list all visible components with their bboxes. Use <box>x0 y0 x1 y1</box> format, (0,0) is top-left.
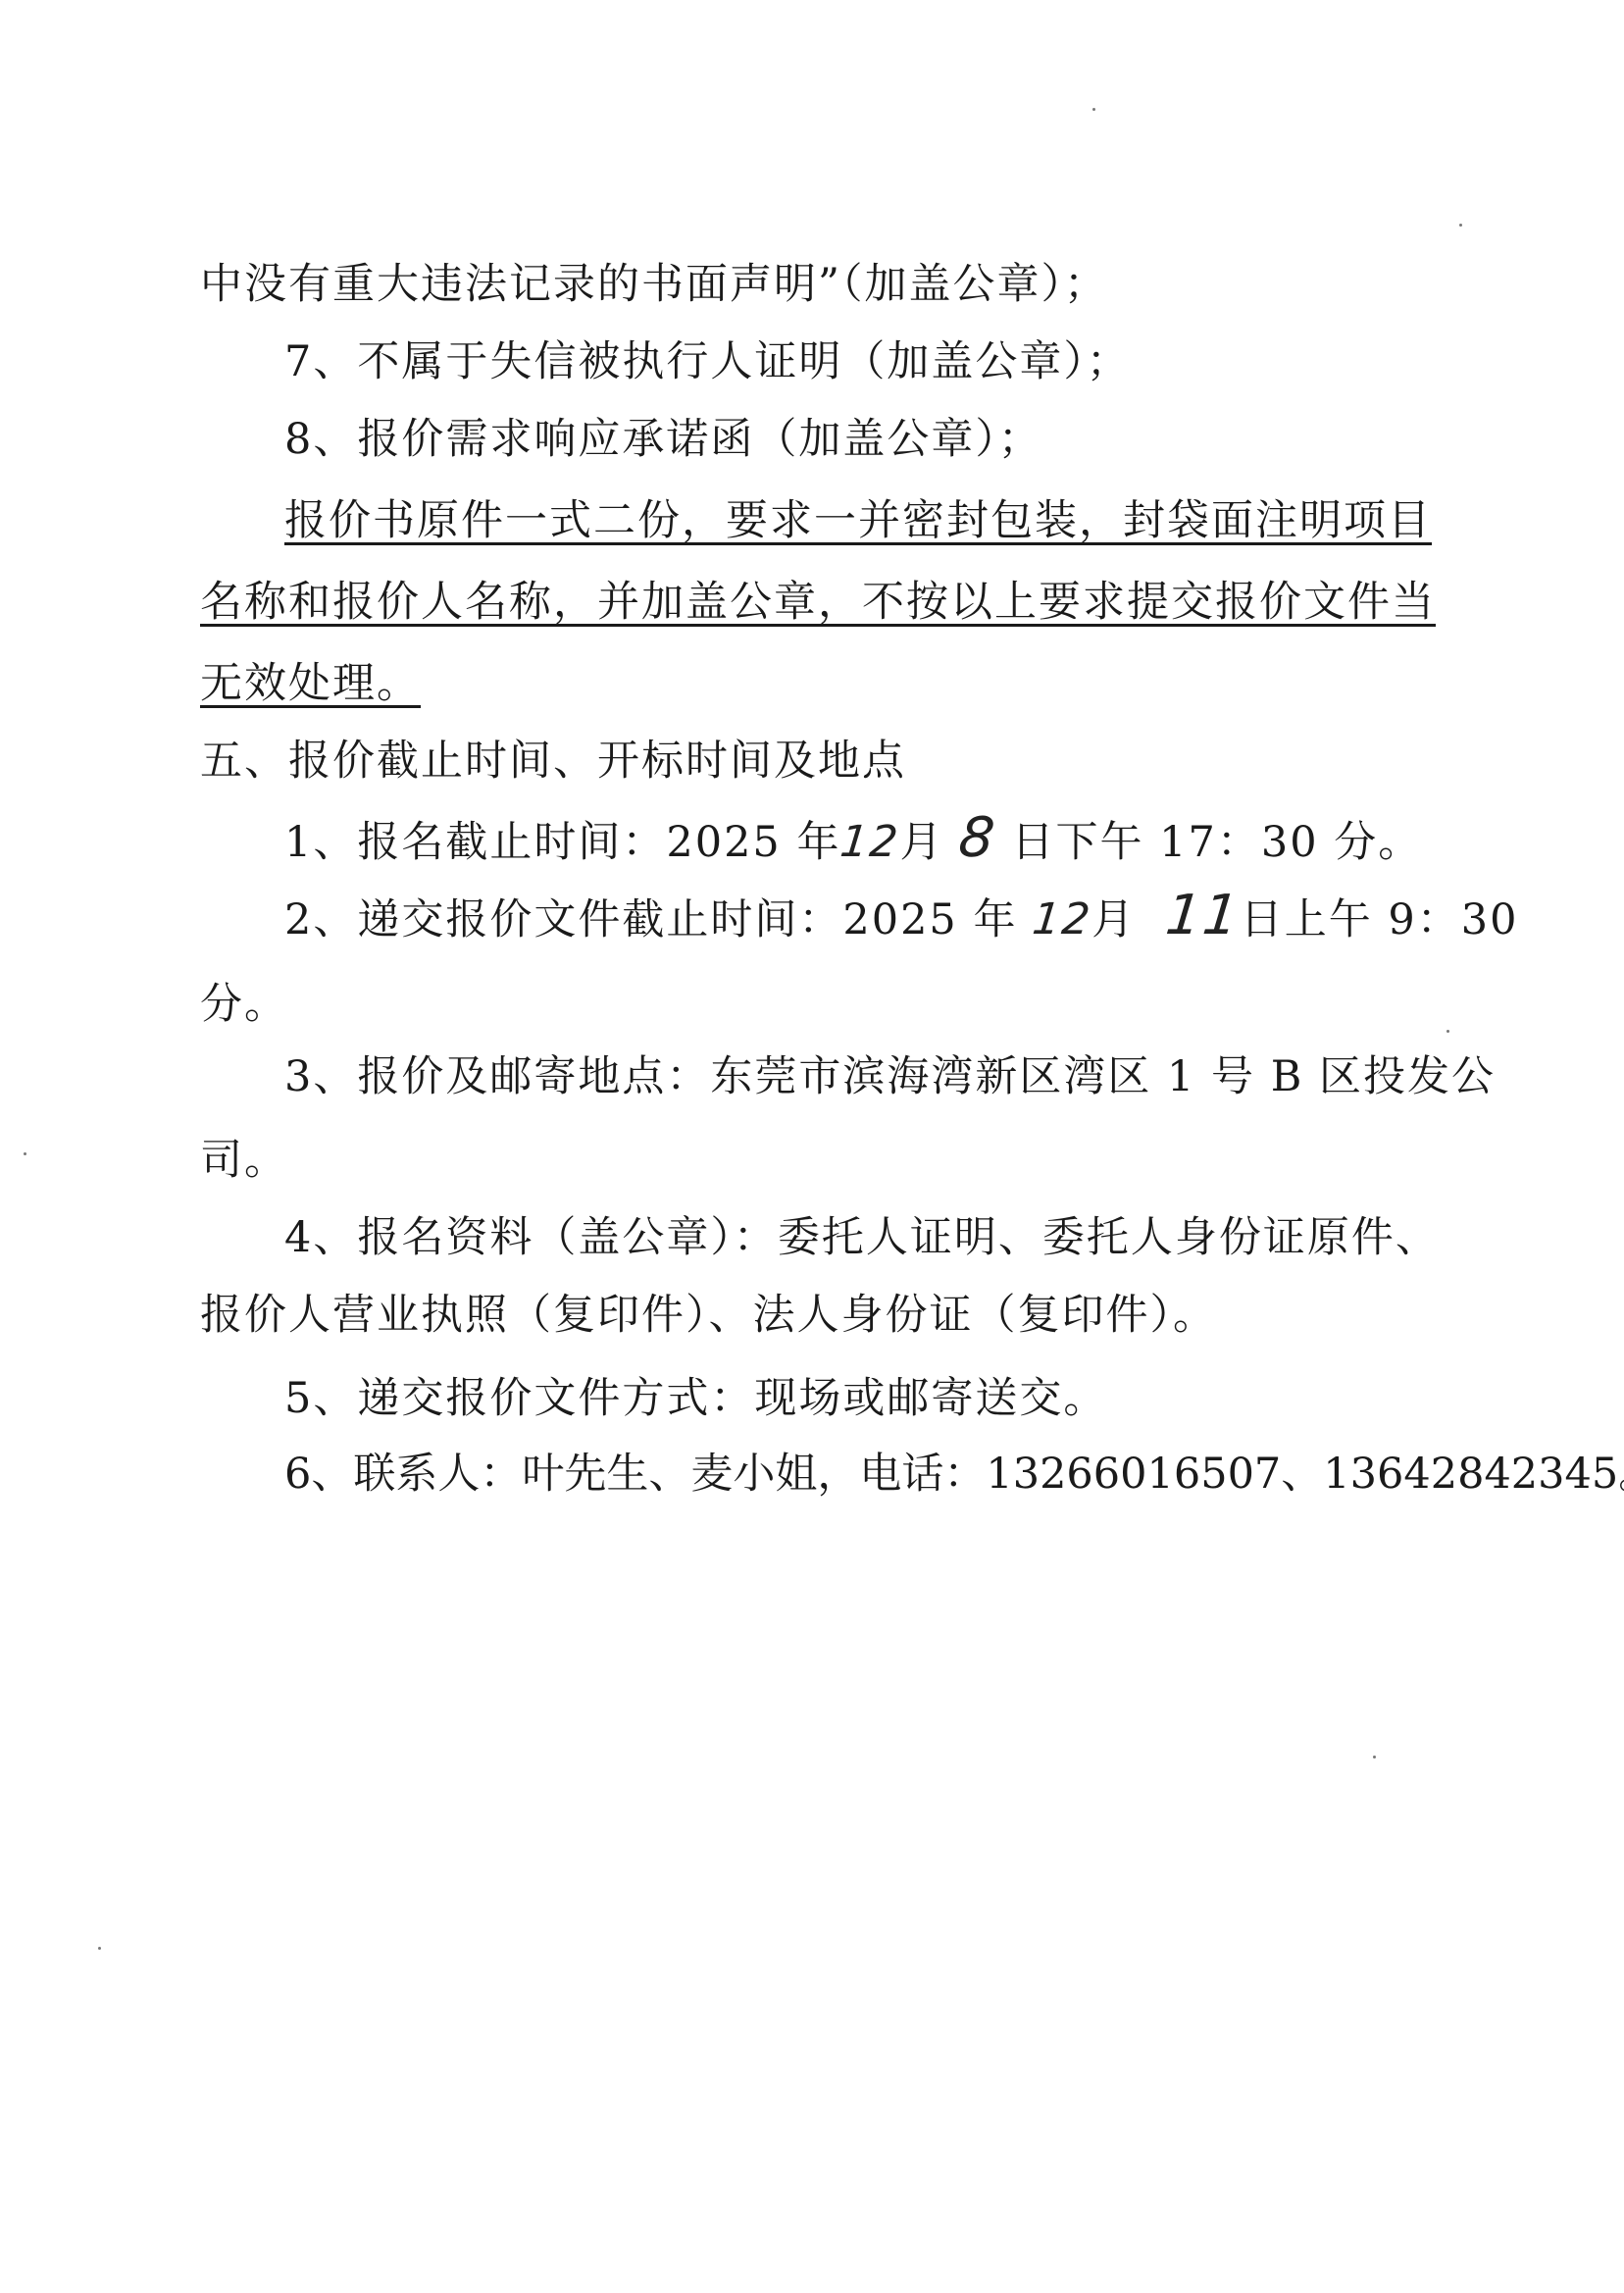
handwritten-month: 12 <box>1030 892 1094 947</box>
submission-method: 5、递交报价文件方式：现场或邮寄送交。 <box>284 1371 1107 1426</box>
text: 日下午 17：30 分。 <box>1011 818 1422 867</box>
handwritten-day: 8 <box>956 811 999 866</box>
text-line: 司。 <box>200 1133 288 1188</box>
handwritten-day: 11 <box>1164 889 1243 943</box>
scan-speck <box>1092 108 1095 111</box>
text: 2、递交报价文件截止时间：2025 年 <box>284 895 1017 944</box>
text: 1、报名截止时间：2025 年 <box>284 818 840 867</box>
underlined-notice-line-2: 名称和报价人名称，并加盖公章，不按以上要求提交报价文件当 <box>200 575 1436 630</box>
registration-deadline: 1、报名截止时间：2025 年12月 8 日下午 17：30 分。 <box>284 811 1422 870</box>
registration-materials: 4、报名资料（盖公章）：委托人证明、委托人身份证原件、 <box>284 1210 1440 1265</box>
scan-speck <box>1373 1756 1376 1758</box>
contact-info: 6、联系人：叶先生、麦小姐，电话：13266016507、13642842345… <box>284 1447 1624 1502</box>
list-item-7: 7、不属于失信被执行人证明（加盖公章）； <box>284 334 1131 389</box>
scan-speck <box>24 1152 26 1155</box>
underlined-notice-line-3: 无效处理。 <box>200 656 421 711</box>
scan-speck <box>98 1947 101 1950</box>
text-line: 报价人营业执照（复印件）、法人身份证（复印件）。 <box>200 1288 1217 1343</box>
section-heading-5: 五、报价截止时间、开标时间及地点 <box>200 734 906 789</box>
scan-speck <box>1459 224 1462 227</box>
list-item-8: 8、报价需求响应承诺函（加盖公章）； <box>284 412 1042 467</box>
scan-speck <box>1446 1030 1449 1033</box>
text-line: 分。 <box>200 977 288 1032</box>
text-line: 中没有重大违法记录的书面声明”（加盖公章）； <box>200 257 1108 312</box>
submission-deadline: 2、递交报价文件截止时间：2025 年 12月 11日上午 9：30 <box>284 889 1519 947</box>
handwritten-month: 12 <box>838 815 903 870</box>
text: 日上午 9：30 <box>1241 895 1519 944</box>
text: 月 <box>1091 895 1136 944</box>
mailing-address: 3、报价及邮寄地点：东莞市滨海湾新区湾区 1 号 B 区投发公 <box>284 1049 1496 1104</box>
underlined-notice-line-1: 报价书原件一式二份，要求一并密封包装，封袋面注明项目 <box>284 493 1432 548</box>
text: 月 <box>899 818 943 867</box>
